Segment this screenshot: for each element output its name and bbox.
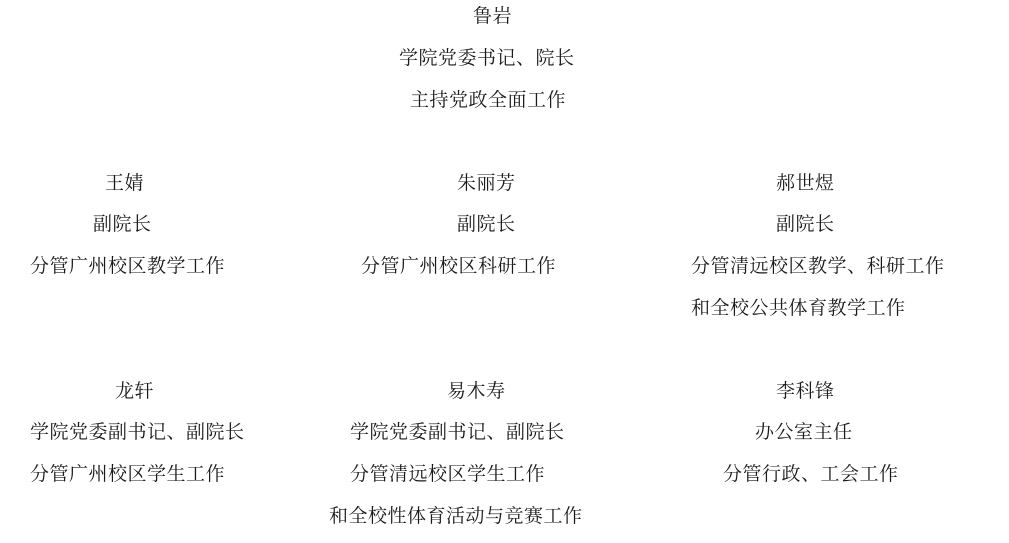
member-duty: 分管清远校区教学、科研工作 [691, 254, 945, 278]
member-name: 易木寿 [447, 379, 506, 403]
leader-name: 鲁岩 [473, 4, 512, 28]
member-name: 朱丽芳 [457, 171, 516, 195]
member-title: 学院党委副书记、副院长 [350, 420, 565, 444]
member-title: 学院党委副书记、副院长 [30, 420, 245, 444]
member-name: 王婧 [105, 171, 144, 195]
member-title: 办公室主任 [755, 420, 853, 444]
member-duty: 分管广州校区学生工作 [30, 462, 225, 486]
member-duty: 分管广州校区科研工作 [361, 254, 556, 278]
member-title: 副院长 [457, 212, 516, 236]
member-duty: 分管清远校区学生工作 [350, 462, 545, 486]
leader-title: 学院党委书记、院长 [399, 46, 575, 70]
member-duty: 分管行政、工会工作 [723, 462, 899, 486]
member-title: 副院长 [776, 212, 835, 236]
member-name: 郝世煜 [776, 171, 835, 195]
member-title: 副院长 [93, 212, 152, 236]
member-duty: 和全校公共体育教学工作 [691, 296, 906, 320]
leader-duty: 主持党政全面工作 [410, 88, 566, 112]
member-duty: 分管广州校区教学工作 [30, 254, 225, 278]
member-name: 龙轩 [115, 379, 154, 403]
member-duty: 和全校性体育活动与竞赛工作 [329, 504, 583, 528]
member-name: 李科锋 [776, 379, 835, 403]
